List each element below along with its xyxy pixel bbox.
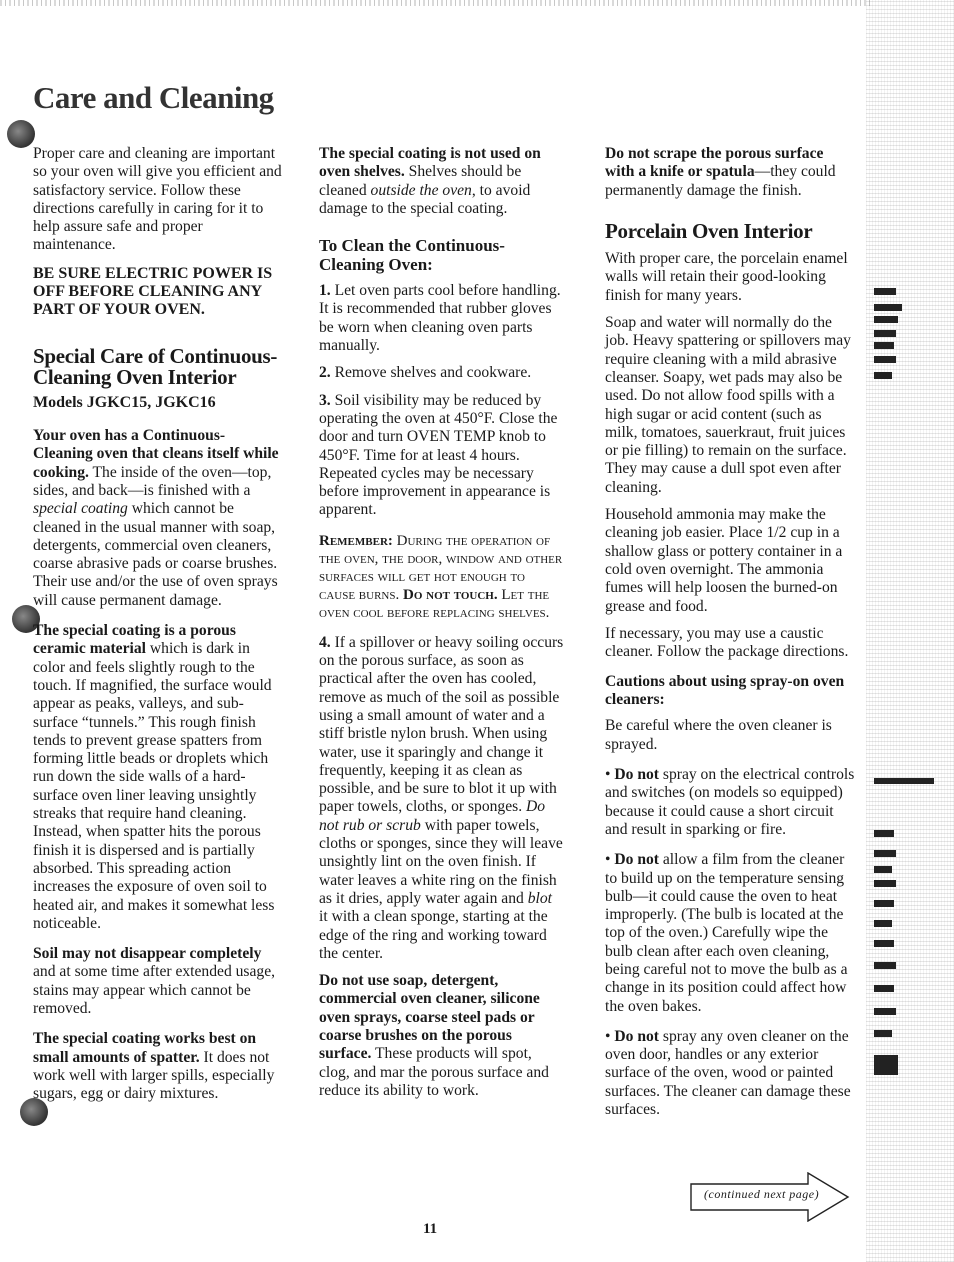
column-3: Do not scrape the porous surface with a … [605, 145, 855, 1128]
paragraph: Do not use soap, detergent, commercial o… [319, 972, 564, 1100]
intro-paragraph: Proper care and cleaning are important s… [33, 145, 283, 255]
paragraph: Household ammonia may make the cleaning … [605, 506, 855, 616]
scan-artifact-top [0, 0, 870, 6]
paragraph: Do not scrape the porous surface with a … [605, 145, 855, 200]
bullet-item: • Do not spray any oven cleaner on the o… [605, 1028, 855, 1119]
cautions-heading: Cautions about using spray-on oven clean… [605, 673, 855, 709]
bullet-item: • Do not allow a film from the cleaner t… [605, 851, 855, 1016]
paragraph: The special coating works best on small … [33, 1030, 283, 1103]
step-item: 4. If a spillover or heavy soiling occur… [319, 634, 564, 963]
paragraph: The special coating is not used on oven … [319, 145, 564, 218]
paragraph: If necessary, you may use a caustic clea… [605, 625, 855, 662]
continued-next-page-arrow: (continued next page) [690, 1172, 850, 1222]
section-heading-porcelain: Porcelain Oven Interior [605, 222, 855, 240]
page-title: Care and Cleaning [33, 80, 274, 116]
paragraph: Soap and water will normally do the job.… [605, 314, 855, 497]
continued-label: (continued next page) [704, 1187, 819, 1202]
paragraph: Soil may not disappear completely and at… [33, 945, 283, 1018]
paragraph: Your oven has a Continuous-Cleaning oven… [33, 427, 283, 610]
power-warning: BE SURE ELECTRIC POWER IS OFF BEFORE CLE… [33, 265, 283, 319]
step-item: 3. Soil visibility may be reduced by ope… [319, 392, 564, 520]
models-subheading: Models JGKC15, JGKC16 [33, 394, 283, 412]
scan-artifact-right-edge [866, 0, 954, 1262]
paragraph: The special coating is a porous ceramic … [33, 622, 283, 933]
paragraph: Be careful where the oven cleaner is spr… [605, 717, 855, 754]
bullet-item: • Do not spray on the electrical control… [605, 766, 855, 839]
section-heading-continuous-cleaning: Special Care of Continuous-Cleaning Oven… [33, 346, 283, 389]
column-2: The special coating is not used on oven … [319, 145, 564, 1109]
remember-warning: Remember: During the operation of the ov… [319, 532, 564, 622]
step-item: 1. Let oven parts cool before handling. … [319, 282, 564, 355]
page-number: 11 [423, 1221, 437, 1238]
column-1: Proper care and cleaning are important s… [33, 145, 283, 1112]
paragraph: With proper care, the porcelain enamel w… [605, 250, 855, 305]
steps-heading: To Clean the Continuous-Cleaning Oven: [319, 236, 564, 274]
step-item: 2. Remove shelves and cookware. [319, 364, 564, 382]
punch-hole-icon [7, 120, 35, 148]
